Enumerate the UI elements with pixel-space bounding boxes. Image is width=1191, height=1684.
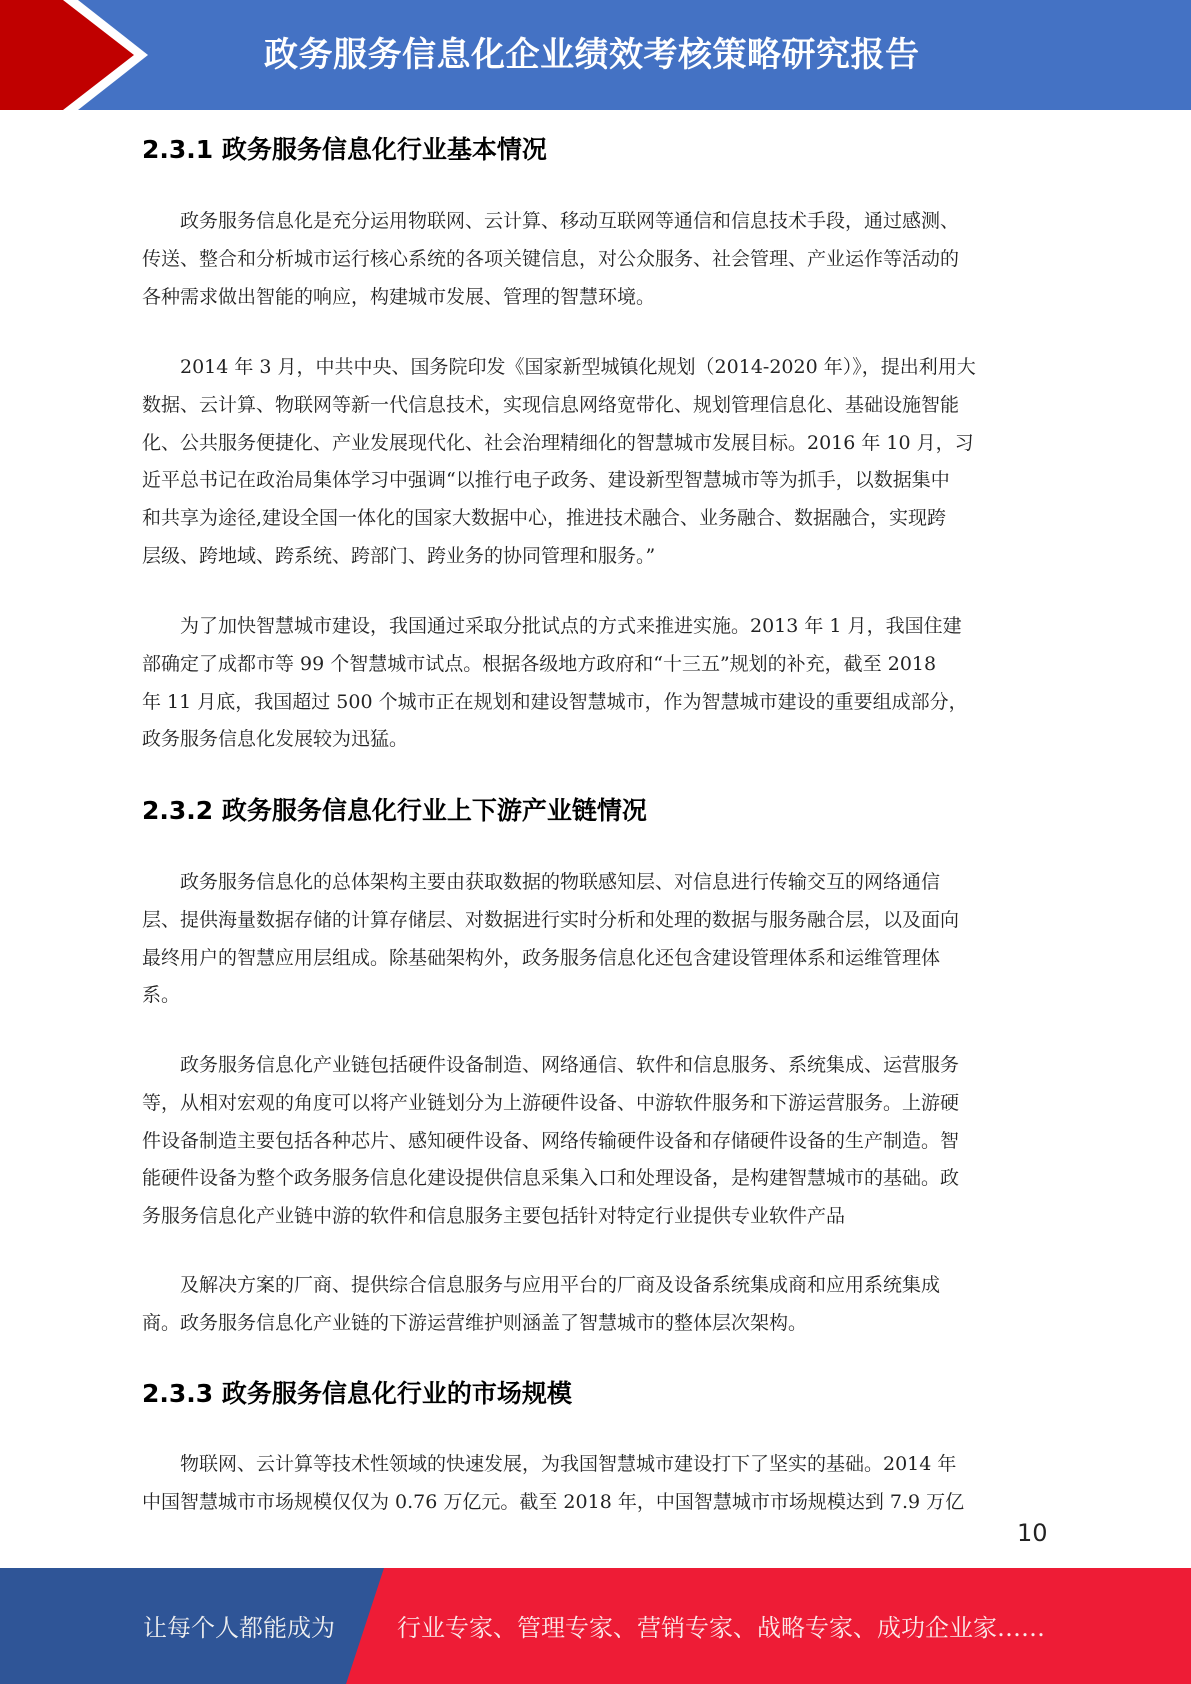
text-line: 近平总书记在政治局集体学习中强调“以推行电子政务、建设新型智慧城市等为抓手，以数… bbox=[142, 462, 1047, 500]
text-line: 系。 bbox=[142, 977, 1047, 1015]
text-line: 等，从相对宏观的角度可以将产业链划分为上游硬件设备、中游软件服务和下游运营服务。… bbox=[142, 1085, 1047, 1123]
text-line: 年 11 月底，我国超过 500 个城市正在规划和建设智慧城市，作为智慧城市建设… bbox=[142, 684, 1047, 722]
text-line: 数据、云计算、物联网等新一代信息技术，实现信息网络宽带化、规划管理信息化、基础设… bbox=[142, 387, 1047, 425]
text-line: 最终用户的智慧应用层组成。除基础架构外，政务服务信息化还包含建设管理体系和运维管… bbox=[142, 940, 1047, 978]
footer-slogan-left: 让每个人都能成为 bbox=[143, 1608, 335, 1643]
report-title: 政务服务信息化企业绩效考核策略研究报告 bbox=[264, 27, 920, 76]
text-line: 政务服务信息化发展较为迅猛。 bbox=[142, 721, 1047, 759]
text-line: 件设备制造主要包括各种芯片、感知硬件设备、网络传输硬件设备和存储硬件设备的生产制… bbox=[142, 1123, 1047, 1161]
text-line: 层级、跨地域、跨系统、跨部门、跨业务的协同管理和服务。” bbox=[142, 538, 1047, 576]
text-line: 为了加快智慧城市建设，我国通过采取分批试点的方式来推进实施。2013 年 1 月… bbox=[142, 608, 1047, 646]
text-line: 商。政务服务信息化产业链的下游运营维护则涵盖了智慧城市的整体层次架构。 bbox=[142, 1305, 1047, 1343]
text-line: 中国智慧城市市场规模仅仅为 0.76 万亿元。截至 2018 年，中国智慧城市市… bbox=[142, 1484, 1047, 1522]
paragraph: 物联网、云计算等技术性领域的快速发展，为我国智慧城市建设打下了坚实的基础。201… bbox=[142, 1446, 1047, 1522]
paragraph: 及解决方案的厂商、提供综合信息服务与应用平台的厂商及设备系统集成商和应用系统集成… bbox=[142, 1267, 1047, 1343]
text-line: 政务服务信息化产业链包括硬件设备制造、网络通信、软件和信息服务、系统集成、运营服… bbox=[142, 1047, 1047, 1085]
text-line: 2014 年 3 月，中共中央、国务院印发《国家新型城镇化规划（2014-202… bbox=[142, 349, 1047, 387]
page-number: 10 bbox=[1017, 1519, 1048, 1547]
paragraph: 为了加快智慧城市建设，我国通过采取分批试点的方式来推进实施。2013 年 1 月… bbox=[142, 608, 1047, 759]
text-line: 物联网、云计算等技术性领域的快速发展，为我国智慧城市建设打下了坚实的基础。201… bbox=[142, 1446, 1047, 1484]
paragraph: 政务服务信息化产业链包括硬件设备制造、网络通信、软件和信息服务、系统集成、运营服… bbox=[142, 1047, 1047, 1236]
footer-slogan-right: 行业专家、管理专家、营销专家、战略专家、成功企业家…… bbox=[397, 1608, 1045, 1643]
text-line: 和共享为途径,建设全国一体化的国家大数据中心，推进技术融合、业务融合、数据融合，… bbox=[142, 500, 1047, 538]
section-heading-2-3-3: 2.3.3 政务服务信息化行业的市场规模 bbox=[142, 1374, 572, 1410]
paragraph: 政务服务信息化是充分运用物联网、云计算、移动互联网等通信和信息技术手段，通过感测… bbox=[142, 203, 1047, 316]
paragraph: 2014 年 3 月，中共中央、国务院印发《国家新型城镇化规划（2014-202… bbox=[142, 349, 1047, 576]
header-banner: 政务服务信息化企业绩效考核策略研究报告 bbox=[0, 0, 1191, 110]
text-line: 及解决方案的厂商、提供综合信息服务与应用平台的厂商及设备系统集成商和应用系统集成 bbox=[142, 1267, 1047, 1305]
section-heading-2-3-2: 2.3.2 政务服务信息化行业上下游产业链情况 bbox=[142, 791, 647, 827]
chevron-arrow-icon bbox=[0, 0, 160, 110]
text-line: 政务服务信息化的总体架构主要由获取数据的物联感知层、对信息进行传输交互的网络通信 bbox=[142, 864, 1047, 902]
text-line: 层、提供海量数据存储的计算存储层、对数据进行实时分析和处理的数据与服务融合层，以… bbox=[142, 902, 1047, 940]
text-line: 能硬件设备为整个政务服务信息化建设提供信息采集入口和处理设备，是构建智慧城市的基… bbox=[142, 1160, 1047, 1198]
text-line: 务服务信息化产业链中游的软件和信息服务主要包括针对特定行业提供专业软件产品 bbox=[142, 1198, 1047, 1236]
text-line: 部确定了成都市等 99 个智慧城市试点。根据各级地方政府和“十三五”规划的补充，… bbox=[142, 646, 1047, 684]
text-line: 各种需求做出智能的响应，构建城市发展、管理的智慧环境。 bbox=[142, 279, 1047, 317]
paragraph: 政务服务信息化的总体架构主要由获取数据的物联感知层、对信息进行传输交互的网络通信… bbox=[142, 864, 1047, 1015]
text-line: 政务服务信息化是充分运用物联网、云计算、移动互联网等通信和信息技术手段，通过感测… bbox=[142, 203, 1047, 241]
text-line: 化、公共服务便捷化、产业发展现代化、社会治理精细化的智慧城市发展目标。2016 … bbox=[142, 425, 1047, 463]
section-heading-2-3-1: 2.3.1 政务服务信息化行业基本情况 bbox=[142, 130, 547, 166]
footer-banner: 让每个人都能成为 行业专家、管理专家、营销专家、战略专家、成功企业家…… bbox=[0, 1568, 1191, 1684]
text-line: 传送、整合和分析城市运行核心系统的各项关键信息，对公众服务、社会管理、产业运作等… bbox=[142, 241, 1047, 279]
